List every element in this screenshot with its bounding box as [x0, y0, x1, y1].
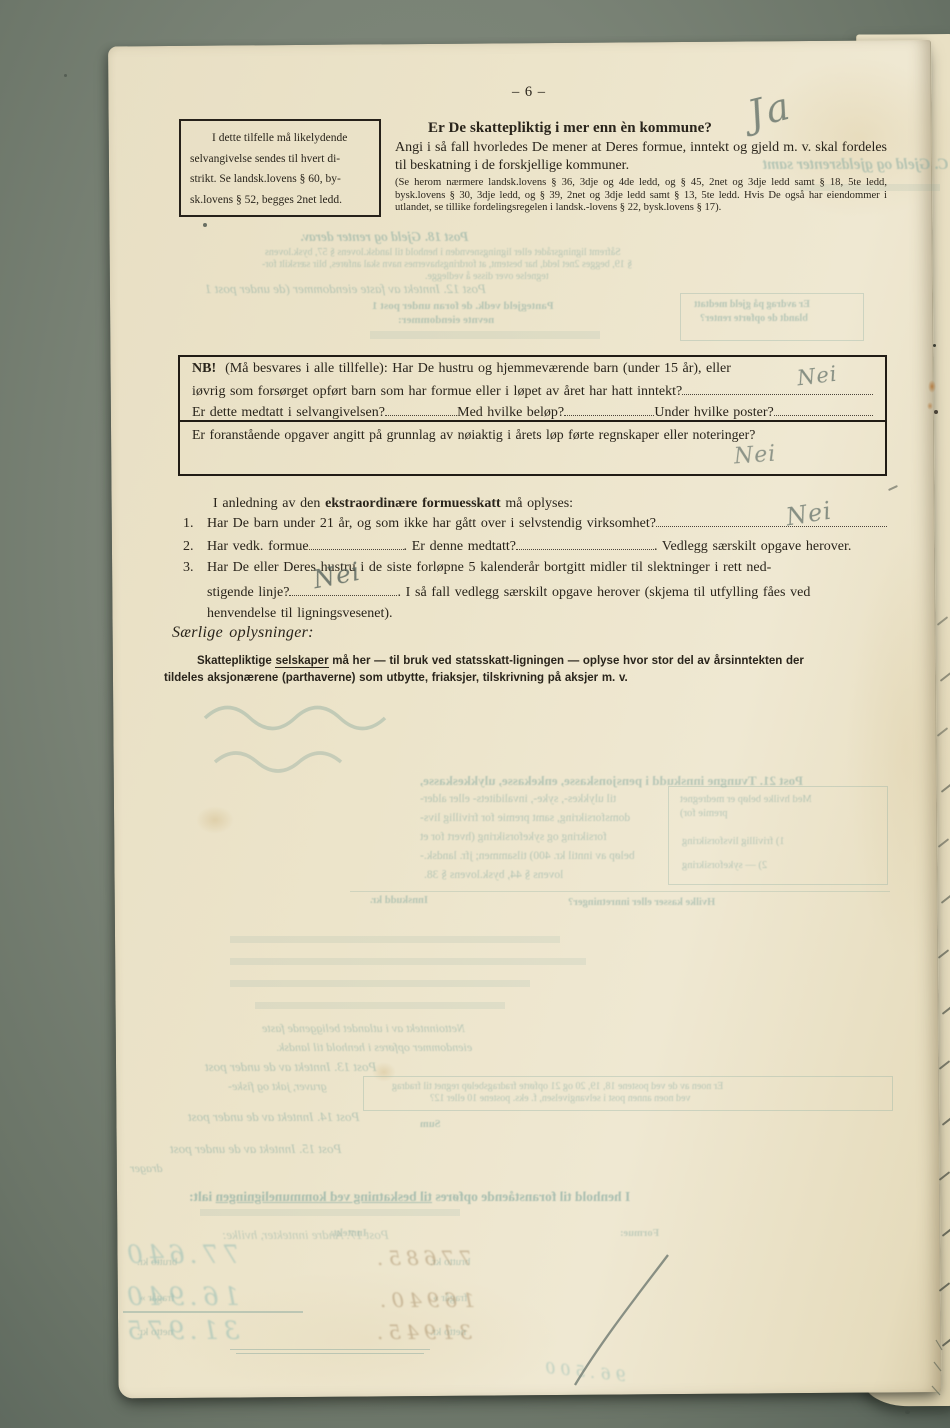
answer-line — [385, 403, 457, 416]
bleed-underline — [230, 1349, 430, 1350]
bleed-post21-line: beløp av inntil kr. 400) tilsammen; jfr.… — [420, 850, 635, 862]
nb-divider — [178, 420, 887, 422]
item-text: Har De eller Deres hustru i de siste for… — [207, 560, 771, 576]
scanned-tax-form-page: C. Gjeld og gjeldsrenter samt andre frad… — [0, 0, 950, 1428]
bleed-post21-line: lovens § 44, bysk.lovens § 38. — [424, 869, 563, 881]
bleed-utland-line: Nettoinntekt av i utlandet beliggende fa… — [262, 1021, 465, 1036]
special-heading: Særlige oplysninger: — [172, 624, 314, 642]
nb-q-medtatt: Er dette medtatt i selvangivelsen? — [192, 405, 385, 421]
list-item-3-line3: henvendelse til ligningsvesenet). — [207, 606, 393, 622]
bleed-handwritten-amount: 31.975 — [122, 1316, 239, 1345]
answer-line — [682, 382, 873, 395]
list-item-1: 1.Har De barn under 21 år, og som ikke h… — [183, 514, 887, 532]
bleed-avdrag-line: Er avdrag på gjeld medtatt — [694, 299, 810, 310]
speck — [933, 344, 936, 347]
list-intro: I anledning av den ekstraordinære formue… — [213, 496, 573, 512]
question-body: Angi i så fall hvorledes De mener at Der… — [395, 139, 887, 175]
foxing-spot — [927, 402, 933, 410]
bleed-underline — [236, 1353, 424, 1354]
bleed-rule — [350, 891, 890, 892]
speck — [934, 410, 938, 414]
bleed-premie-line: premie for) — [680, 808, 728, 819]
bleed-sum-label: Sum — [420, 1119, 440, 1130]
bleed-post12-heading: Post 12. Inntekt av faste eiendommer (de… — [205, 281, 486, 297]
bleed-drager-line: drager — [130, 1161, 163, 1176]
bleed-kommune-post: ialt: — [189, 1189, 216, 1204]
item-text: stigende linje? — [207, 585, 289, 601]
bleed-pantegjeld-line: nevnte eiendommer: — [398, 314, 494, 326]
list-item-3-line1: 3.Har De eller Deres hustru i de siste f… — [183, 560, 887, 576]
bleed-underline — [123, 1311, 303, 1313]
bleed-premie-line: Med hvilke beløp er medregnet — [680, 794, 812, 805]
nb-bold: NB! — [192, 361, 216, 376]
bleed-post21-line: forsikring og sykeforsikring (hvert for … — [420, 831, 607, 843]
list-intro-post: må oplyses: — [501, 496, 573, 511]
info-box-line: I dette tilfelle må likelydende — [190, 128, 370, 149]
item-text: . I så fall vedlegg særskilt opgave hero… — [397, 585, 810, 601]
bleed-kasser-label: Hvilke kasser eller innretninger? — [568, 897, 715, 908]
answer-line — [656, 514, 887, 527]
bleed-post21-line: domsforsikring, samt premie for frivilli… — [420, 812, 630, 824]
nb-q-belop: Med hvilke beløp? — [457, 405, 564, 421]
answer-line — [564, 403, 654, 416]
nb-q-poster: Under hvilke poster? — [654, 405, 773, 421]
special-line1-pre: Skattepliktige — [197, 655, 275, 667]
bleed-kommune-line: I henhold til foranstående opføres til b… — [189, 1189, 630, 1205]
speck — [905, 1410, 910, 1414]
list-intro-bold: ekstraordinære formuesskatt — [325, 496, 501, 511]
special-line2: tildeles aksjonærene (parthaverne) som u… — [164, 672, 628, 684]
bleed-gruver-line: gruver, jakt og fiske- — [228, 1079, 327, 1094]
bleed-post15-heading: Post 15. Inntekt av de under post — [170, 1141, 342, 1157]
bleed-premie-line: 1) frivillig livsforsikring — [682, 836, 785, 847]
bleed-handwritten-amount: 77685. — [372, 1246, 472, 1270]
list-item-3-line2: stigende linje?. I så fall vedlegg særsk… — [207, 583, 887, 601]
special-line1-underlined: selskaper — [275, 655, 328, 668]
list-intro-pre: I anledning av den — [213, 496, 325, 511]
foxing-spot — [928, 380, 936, 393]
handwritten-nei: Nei — [733, 442, 777, 470]
nb-line3: Er dette medtatt i selvangivelsen?Med hv… — [192, 403, 873, 421]
bleed-fradrag-line: ved noen annen post i selvangivelsen, f.… — [430, 1093, 690, 1104]
bleed-fradrag-line: Er noen av de ved postene 18, 19, 20 og … — [392, 1081, 723, 1092]
page-number: – 6 – — [499, 84, 559, 101]
info-box-line: selvangivelse sendes til hvert di- — [190, 149, 370, 170]
answer-line — [774, 403, 873, 416]
nb-bottom-question: Er foranstående opgaver angitt på grunnl… — [192, 427, 755, 443]
bleed-premie-line: 2) — sykeforsikring — [682, 860, 767, 871]
info-box: I dette tilfelle må likelydende selvangi… — [179, 119, 381, 217]
item-text: Har vedk. formue — [207, 539, 309, 555]
special-line1: Skattepliktige selskaper må her — til br… — [197, 655, 804, 667]
bleed-post18-line: Såfremt ligningsrådet eller ligningsnevn… — [265, 247, 621, 258]
bleed-post18-line: § 19, begges 2net ledd, har bestemt, at … — [262, 259, 632, 270]
bleed-avdrag-line: blandt de opførte renter? — [700, 313, 808, 324]
info-box-line: sk.lovens § 52, begges 2net ledd. — [190, 190, 370, 211]
bleed-kommune-underlined: til beskatning ved kommuneligningen — [216, 1189, 432, 1204]
special-line1-post: må her — til bruk ved statsskatt-ligning… — [329, 655, 804, 667]
bleed-pantegjeld-line: Pantegjeld vedk. de foran under post 1 — [372, 300, 554, 312]
bleed-handwritten-amount: 16.940 — [122, 1282, 239, 1311]
bleed-kommune-pre: I henhold til foranstående opføres — [432, 1189, 630, 1204]
item-number: 1. — [183, 516, 207, 532]
bleed-post18-heading: Post 18. Gjeld og renter derav. — [300, 229, 469, 245]
question-heading: Er De skattepliktig i mer enn èn kommune… — [428, 120, 712, 137]
bleed-formue-label: Formue: — [620, 1228, 659, 1239]
bleed-utland-line: eiendommer opføres i henhold til landsk. — [276, 1040, 472, 1055]
item-number: 2. — [183, 539, 207, 555]
bleed-handwritten-amount: 31945. — [372, 1320, 472, 1344]
nb-line2-text: iøvrig som forsørget opført barn som har… — [192, 384, 682, 400]
handwritten-nei: Nei — [796, 362, 839, 391]
bleed-handwritten-amount: 77.640 — [122, 1240, 239, 1269]
speck — [64, 74, 67, 77]
question-fine-print: (Se herom nærmere landsk.lovens § 36, 3d… — [395, 177, 887, 215]
speck — [203, 223, 207, 227]
answer-line — [516, 537, 654, 550]
nb-line1: NB! (Må besvares i alle tillfelle): Har … — [192, 361, 731, 377]
item-text: Har De barn under 21 år, og som ikke har… — [207, 516, 656, 532]
bleed-innskudd-label: Innskudd kr. — [370, 895, 428, 906]
item-number: 3. — [183, 560, 207, 576]
bleed-inntekt-label: Inntekt: — [330, 1228, 367, 1239]
info-box-line: strikt. Se landsk.lovens § 60, by- — [190, 169, 370, 190]
nb-line1-text: (Må besvares i alle tillfelle): Har De h… — [225, 361, 731, 376]
bleed-post21-line: til ulykkes-, syke-, invaliditets- eller… — [420, 793, 616, 805]
bleed-handwritten-amount: 16940. — [375, 1288, 475, 1312]
list-item-2: 2.Har vedk. formue. Er denne medtatt?. V… — [183, 537, 887, 555]
answer-line — [309, 537, 404, 550]
bleed-post14-heading: Post 14. Inntekt av de under post — [188, 1109, 360, 1125]
item-text: . Er denne medtatt? — [404, 539, 516, 555]
bleed-post13-heading: Post 13. Inntekt av de under post — [205, 1059, 377, 1075]
nb-line2: iøvrig som forsørget opført barn som har… — [192, 382, 873, 400]
nb-box: NB! (Må besvares i alle tillfelle): Har … — [178, 355, 887, 476]
item-text: . Vedlegg særskilt opgave herover. — [654, 539, 851, 555]
